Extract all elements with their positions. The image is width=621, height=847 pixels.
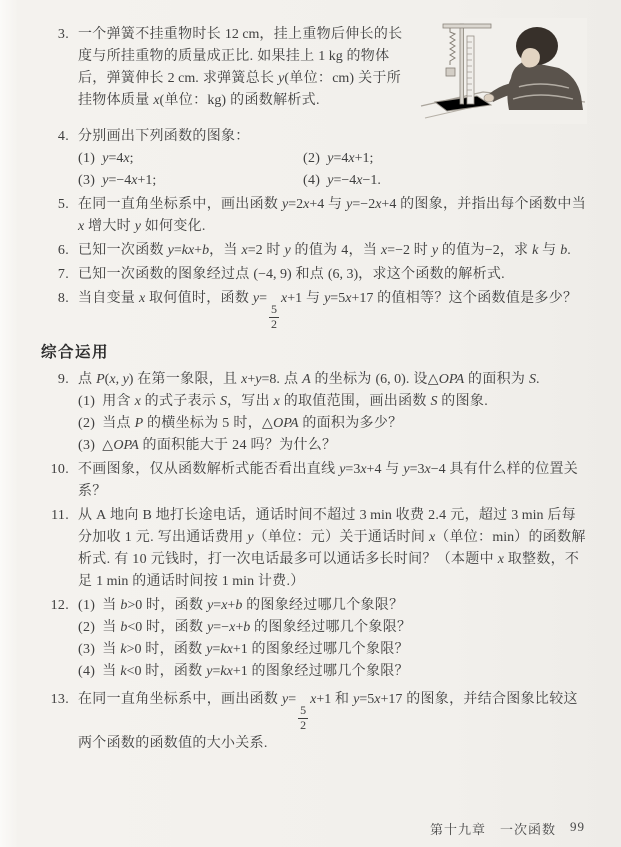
text-run: 的值为 4，当 [291,243,381,258]
math-expr: x+1 [281,291,302,306]
problem-body: 点 P(x, y) 在第一象限，且 x+y=8. 点 A 的坐标为 (6, 0)… [78,369,587,457]
text-run: 的图象经过哪几个象限？ [250,620,411,635]
text-run: 时，函数 [141,642,206,657]
text-run: 和 [331,692,353,707]
roman-run: B [142,508,151,523]
text-run: 的图象经过哪几个象限？ [248,642,409,657]
math-expr: S [220,394,227,409]
problem-number: 8. [38,288,78,332]
problem-item: 13.在同一直角坐标系中，画出函数 y=52x+1 和 y=5x+17 的图象，… [38,689,587,755]
text-run: 与 [302,291,324,306]
problem-text: 一个弹簧不挂重物时长 12 cm，挂上重物后伸长的长度与所挂重物的质量成正比. … [78,24,413,112]
text-run: 取何值时，函数 [145,291,253,306]
text-run: 在第一象限，且 [133,372,241,387]
text-run: = [213,598,221,613]
text-run: . [377,173,381,188]
text-run: P [96,372,105,387]
text-run: P [135,416,144,431]
text-run: 已知一次函数的图象经过点 [78,267,253,282]
text-run: 时 [410,243,432,258]
math-expr: y=−4x+1; [102,173,156,188]
text-run: 的面积能大于 24 吗？为什么？ [139,438,337,453]
text-run: P [283,416,290,431]
text-run: 4 [439,462,446,477]
roman-run: A [96,508,106,523]
text-run: A [290,416,299,431]
problem-text: 从 A 地向 B 地打长途电话，通话时间不超过 3 min 收费 2.4 元，超… [78,505,587,593]
roman-run: min [492,530,514,545]
roman-run: 3 min [360,508,392,523]
text-run: 收费 2.4 元，超过 [392,508,511,523]
text-run: = [288,197,296,212]
math-expr: OPA [113,438,138,453]
text-run: 地向 [106,508,142,523]
math-expr: y=4x; [102,151,133,166]
problem-number: 9. [38,369,78,457]
text-run: A [302,372,311,387]
math-expr: OPA [439,372,464,387]
problem-body: 在同一直角坐标系中，画出函数 y=52x+1 和 y=5x+17 的图象，并结合… [78,689,587,755]
fraction-denominator: 2 [269,318,279,332]
sub-item-label: (1) [78,598,95,613]
problem-text: 一个弹簧不挂重物时长 12 cm，挂上重物后伸长的长度与所挂重物的质量成正比. … [78,24,413,112]
text-run: 当点 [102,416,134,431]
text-run: 的坐标为 [311,372,376,387]
sub-item: (4)y=−4x−1. [303,170,587,192]
text-run: + [194,243,202,258]
text-run: = [288,692,296,707]
fraction-denominator: 2 [298,719,308,733]
text-run: 的图象. [438,394,489,409]
text-run: 点 [78,372,96,387]
text-run: 2 [493,243,500,258]
problem-text: 已知一次函数的图象经过点 (−4, 9) 和点 (6, 3)，求这个函数的解析式… [78,264,587,286]
text-run: 的图象经过哪几个象限？ [248,664,409,679]
problem-number: 3. [38,24,78,124]
text-run: （单位： [435,530,492,545]
text-run: ，求 [500,243,532,258]
problem-item: 9.点 P(x, y) 在第一象限，且 x+y=8. 点 A 的坐标为 (6, … [38,369,587,457]
text-run: 2 [256,243,263,258]
math-expr: x+y=8 [241,372,276,387]
math-expr: P(x, y) [96,372,133,387]
sub-item: (2)y=4x+1; [303,148,587,170]
text-run: S [220,394,227,409]
text-run: 的取值范围，画出函数 [280,394,431,409]
text-run: 1 [241,664,248,679]
roman-run: 12 cm [225,27,260,42]
sub-item: (2)当点 P 的横坐标为 5 时，△OPA 的面积为多少？ [78,413,587,435]
problem-list: 3.一个弹簧不挂重物时长 12 cm，挂上重物后伸长的长度与所挂重物的质量成正比… [0,0,621,755]
text-run: A [456,372,465,387]
text-run: 在同一直角坐标系中，画出函数 [78,197,282,212]
problem-number: 4. [38,126,78,192]
sub-item: (3)△OPA 的面积能大于 24 吗？为什么？ [78,435,587,457]
math-expr: y=kx+b [168,243,209,258]
text-run: 的图象，并指出每个函数中当 [396,197,586,212]
problem-number: 6. [38,240,78,262]
sub-item-list: (1)y=4x;(2)y=4x+1;(3)y=−4x+1;(4)y=−4x−1. [78,148,587,192]
text-run: 2 [403,243,410,258]
text-run: 的通话时间按 [128,574,221,589]
text-run: ; [130,151,134,166]
roman-run: 1 min [96,574,128,589]
text-run: （单位：元）关于通话时间 [254,530,429,545]
sub-item-list: (1)当 b>0 时，函数 y=x+b 的图象经过哪几个象限？(2)当 b<0 … [78,595,587,683]
text-run: . [567,243,571,258]
text-run: 与 [538,243,560,258]
text-run: ) 的函数解析式. [221,93,319,108]
spring-weight [446,68,455,76]
math-expr: y=kx+1 [206,642,247,657]
sub-item: (3)y=−4x+1; [78,170,303,192]
text-run: P [449,372,456,387]
stand-top-arm [443,24,491,28]
text-run: . 求弹簧总长 [195,71,278,86]
problem-item: 4.分别画出下列函数的图象：(1)y=4x;(2)y=4x+1;(3)y=−4x… [38,126,587,192]
roman-run: 3 min [511,508,543,523]
text-run: O [273,416,283,431]
roman-run: 1 kg [318,49,343,64]
footer-chapter: 第十九章 [430,819,486,838]
sub-item: (1)当 b>0 时，函数 y=x+b 的图象经过哪几个象限？ [78,595,587,617]
text-run: A [130,438,139,453]
spring-experiment-illustration [419,18,587,124]
text-run: 时，函数 [141,664,206,679]
text-run: = [259,291,267,306]
text-run: S [431,394,438,409]
text-run: 的面积为多少？ [299,416,403,431]
math-expr: y=−2x+4 [346,197,396,212]
text-run: + [233,642,241,657]
text-run: (单位： [284,71,332,86]
problem-body: 在同一直角坐标系中，画出函数 y=2x+4 与 y=−2x+4 的图象，并指出每… [78,194,587,238]
problem-item: 11.从 A 地向 B 地打长途电话，通话时间不超过 3 min 收费 2.4 … [38,505,587,593]
text-run: ; [152,173,156,188]
text-run: 的图象经过哪几个象限？ [242,598,403,613]
sub-item: (3)当 k>0 时，函数 y=kx+1 的图象经过哪几个象限？ [78,639,587,661]
problem-item: 8.当自变量 x 取何值时，函数 y=52x+1 与 y=5x+17 的值相等？… [38,288,587,332]
text-run: . 设△ [406,372,439,387]
text-run: 已知一次函数 [78,243,168,258]
math-expr: x+1 [310,692,331,707]
text-run: 在同一直角坐标系中，画出函数 [78,692,282,707]
roman-run: 1 min [222,574,254,589]
sub-item-label: (2) [78,620,95,635]
math-expr: y=x+b [207,598,242,613]
problem-text: 已知一次函数 y=kx+b，当 x=2 时 y 的值为 4，当 x=−2 时 y… [78,240,587,262]
stand-rod [460,24,464,104]
text-run: − [221,620,229,635]
section-heading: 综合运用 [41,342,587,364]
problem-text: 当自变量 x 取何值时，函数 y=52x+1 与 y=5x+17 的值相等？这个… [78,288,587,332]
math-expr: S [431,394,438,409]
text-run: (单位： [160,93,208,108]
text-run: 地打长途电话，通话时间不超过 [152,508,360,523]
problem-item: 3.一个弹簧不挂重物时长 12 cm，挂上重物后伸长的长度与所挂重物的质量成正比… [38,24,587,124]
problem-item: 12.(1)当 b>0 时，函数 y=x+b 的图象经过哪几个象限？(2)当 b… [38,595,587,683]
text-run: 时，函数 [142,598,207,613]
sub-item-label: (2) [78,416,95,431]
text-run: ，当 [209,243,241,258]
roman-run: cm [332,71,349,86]
fraction-numerator: 5 [269,303,279,318]
boy-face [521,48,540,67]
text-run: = [248,243,256,258]
text-run: 1 [241,642,248,657]
footer-page-number: 99 [570,819,585,838]
problem-body: 分别画出下列函数的图象：(1)y=4x;(2)y=4x+1;(3)y=−4x+1… [78,126,587,192]
ruler-column [467,36,474,104]
text-run: 的横坐标为 5 时，△ [143,416,273,431]
math-expr: y= [282,692,296,707]
math-expr: x=2 [241,243,262,258]
problem-body: 从 A 地向 B 地打长途电话，通话时间不超过 3 min 收费 2.4 元，超… [78,505,587,593]
problem-item: 7.已知一次函数的图象经过点 (−4, 9) 和点 (6, 3)，求这个函数的解… [38,264,587,286]
text-run: 如何变化. [141,219,206,234]
text-run: 分别画出下列函数的图象： [78,129,250,144]
problem-item: 6.已知一次函数 y=kx+b，当 x=2 时 y 的值为 4，当 x=−2 时… [38,240,587,262]
fraction: 52 [269,303,279,332]
text-run: 时 [263,243,285,258]
text-run: = [213,620,221,635]
problem-text: 在同一直角坐标系中，画出函数 y=2x+4 与 y=−2x+4 的图象，并指出每… [78,194,587,238]
sub-item-label: (3) [78,173,95,188]
math-expr: A [302,372,311,387]
text-run: − [431,462,439,477]
math-expr: y=3x+4 [339,462,381,477]
sub-item-label: (1) [78,394,95,409]
math-expr: y=4x+1; [327,151,373,166]
text-run: . 点 [276,372,302,387]
math-expr: y=kx+1 [206,664,247,679]
math-expr: S [529,372,536,387]
math-expr: y=−4x−1. [327,173,381,188]
math-expr: −2 [485,243,500,258]
problem-body: 已知一次函数 y=kx+b，当 x=2 时 y 的值为 4，当 x=−2 时 y… [78,240,587,262]
problem-body: 当自变量 x 取何值时，函数 y=52x+1 与 y=5x+17 的值相等？这个… [78,288,587,332]
text-run: ; [369,151,373,166]
problem-text: 在同一直角坐标系中，画出函数 y=52x+1 和 y=5x+17 的图象，并结合… [78,689,587,755]
math-expr: y= [253,291,267,306]
text-run: 增大时 [84,219,135,234]
text-run: 的值相等？这个函数值是多少？ [373,291,577,306]
math-expr: k>0 [120,642,141,657]
text-run: 与 [381,462,403,477]
roman-run: 2 cm [168,71,196,86]
problem-text: 不画图象，仅从函数解析式能否看出直线 y=3x+4 与 y=3x−4 具有什么样… [78,459,587,503]
text-run: = [174,243,182,258]
roman-run: (−4, 9) [253,267,291,282]
text-run: O [113,438,123,453]
sub-item-label: (4) [303,173,320,188]
problem-text: 分别画出下列函数的图象： [78,126,587,148]
text-run: ，求这个函数的解析式. [358,267,505,282]
problem-body: 不画图象，仅从函数解析式能否看出直线 y=3x+4 与 y=3x−4 具有什么样… [78,459,587,503]
sub-item: (4)当 k<0 时，函数 y=kx+1 的图象经过哪几个象限？ [78,661,587,683]
text-run: 的值为 [438,243,485,258]
math-expr: y=2x+4 [282,197,324,212]
text-run: + [233,664,241,679]
sub-item-list: (1)用含 x 的式子表示 S，写出 x 的取值范围，画出函数 S 的图象.(2… [78,391,587,457]
problem-number: 12. [38,595,78,683]
math-expr: P [135,416,144,431]
problem-number: 7. [38,264,78,286]
problem-body: 已知一次函数的图象经过点 (−4, 9) 和点 (6, 3)，求这个函数的解析式… [78,264,587,286]
math-expr: OPA [273,416,298,431]
text-run: 的面积为 [464,372,529,387]
roman-run: (6, 0) [375,372,405,387]
text-run: △ [102,438,113,453]
footer-title: 一次函数 [500,819,556,838]
text-run: − [395,243,403,258]
boy-hand [484,94,494,102]
problem-item: 5.在同一直角坐标系中，画出函数 y=2x+4 与 y=−2x+4 的图象，并指… [38,194,587,238]
problem-number: 10. [38,459,78,503]
text-run: 当 [102,620,120,635]
text-run: 用含 [102,394,134,409]
text-run: − [360,197,368,212]
text-run: 当 [102,598,120,613]
textbook-page: 3.一个弹簧不挂重物时长 12 cm，挂上重物后伸长的长度与所挂重物的质量成正比… [0,0,621,847]
text-run: + [287,291,295,306]
text-run: − [485,243,493,258]
text-run: . [536,372,540,387]
text-run: 时，函数 [142,620,207,635]
math-expr: b>0 [120,598,142,613]
sub-item: (2)当 b<0 时，函数 y=−x+b 的图象经过哪几个象限？ [78,617,587,639]
text-run: 当 [102,642,120,657]
problem-body: 一个弹簧不挂重物时长 12 cm，挂上重物后伸长的长度与所挂重物的质量成正比. … [78,24,587,124]
math-expr: x=−2 [381,243,410,258]
problem-body: (1)当 b>0 时，函数 y=x+b 的图象经过哪几个象限？(2)当 b<0 … [78,595,587,683]
sub-item-label: (4) [78,664,95,679]
fraction-numerator: 5 [298,704,308,719]
roman-run: (6, 3) [328,267,358,282]
math-expr: k<0 [120,664,141,679]
sub-item-label: (3) [78,642,95,657]
problem-number: 5. [38,194,78,238]
math-expr: y=5x+17 [353,692,402,707]
sub-item-label: (3) [78,438,95,453]
text-run: 当自变量 [78,291,139,306]
problem-number: 13. [38,689,78,755]
text-run: = [387,243,395,258]
text-run: 从 [78,508,96,523]
page-footer: 第十九章 一次函数 99 [430,819,585,838]
math-expr: y=−x+b [207,620,250,635]
sub-item-label: (2) [303,151,320,166]
text-run: O [439,372,449,387]
math-expr: b<0 [120,620,142,635]
text-run: 当 [102,664,120,679]
text-run: 不画图象，仅从函数解析式能否看出直线 [78,462,339,477]
math-expr: y=5x+17 [324,291,373,306]
sub-item: (1)y=4x; [78,148,303,170]
problem-number: 11. [38,505,78,593]
text-run: ，写出 [227,394,274,409]
problem-item: 10.不画图象，仅从函数解析式能否看出直线 y=3x+4 与 y=3x−4 具有… [38,459,587,503]
problem-with-figure: 一个弹簧不挂重物时长 12 cm，挂上重物后伸长的长度与所挂重物的质量成正比. … [78,24,587,124]
text-run: 的式子表示 [141,394,220,409]
problem-text: 点 P(x, y) 在第一象限，且 x+y=8. 点 A 的坐标为 (6, 0)… [78,369,587,391]
fraction: 52 [298,704,308,733]
sub-item: (1)用含 x 的式子表示 S，写出 x 的取值范围，画出函数 S 的图象. [78,391,587,413]
text-run: 与 [324,197,346,212]
text-run: 和点 [292,267,328,282]
text-run: 一个弹簧不挂重物时长 [78,27,225,42]
sub-item-label: (1) [78,151,95,166]
text-run: S [529,372,536,387]
text-run: 计费.） [254,574,305,589]
math-expr: y=3x−4 [403,462,445,477]
roman-run: kg [207,93,221,108]
